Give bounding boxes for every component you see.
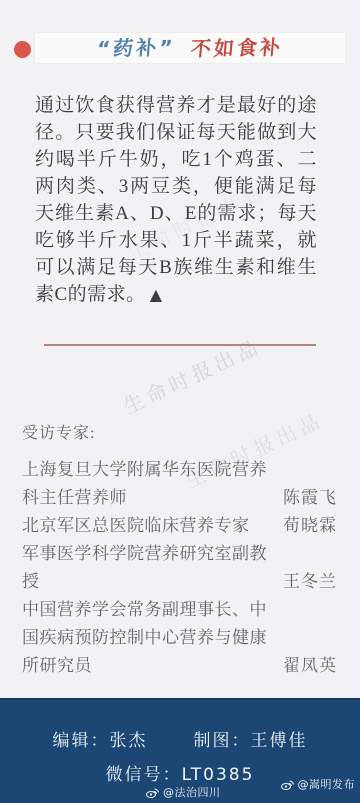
weibo-handle-right: @嵩明发布 xyxy=(281,776,356,792)
credits-row: 编辑：张杰 制图：王傅佳 xyxy=(0,726,360,751)
section-title-bar: “药补” 不如食补 xyxy=(35,33,345,63)
designer-label: 制图： xyxy=(194,731,251,751)
expert-title: 中国营养学会常务副理事长、中国疾病预防控制中心营养与健康所研究员 xyxy=(22,596,278,680)
weibo-handle-right-text: @嵩明发布 xyxy=(298,776,356,792)
expert-title: 军事医学科学院营养研究室副教授 xyxy=(22,540,278,596)
close-quote: ” xyxy=(158,35,176,59)
designer-credit: 制图：王傅佳 xyxy=(194,726,308,751)
experts-heading: 受访专家: xyxy=(22,420,337,443)
weibo-icon xyxy=(281,779,294,790)
title-quoted-text: 药补 xyxy=(112,36,160,61)
weibo-handle-left: @法治四川 xyxy=(146,784,221,800)
paragraph-text: 通过饮食获得营养才是最好的途径。只要我们保证每天能做到大约喝半斤牛奶，吃1个鸡蛋… xyxy=(35,95,317,305)
expert-row: 军事医学科学院营养研究室副教授 王冬兰 xyxy=(22,540,337,596)
designer-name: 王傅佳 xyxy=(251,731,308,751)
expert-title: 北京军区总医院临床营养专家 xyxy=(22,512,278,540)
weibo-handle-left-text: @法治四川 xyxy=(163,784,221,800)
experts-section: 受访专家: 上海复旦大学附属华东医院营养科主任营养师 陈霞飞 北京军区总医院临床… xyxy=(22,420,337,680)
editor-credit: 编辑：张杰 xyxy=(53,726,148,751)
wechat-id: LT0385 xyxy=(182,765,255,785)
red-dot-bullet-icon xyxy=(14,41,31,58)
title-rest-text: 不如食补 xyxy=(190,32,285,64)
expert-name: 王冬兰 xyxy=(278,568,337,596)
editor-label: 编辑： xyxy=(53,731,110,751)
infographic-page: 生命时报出品 生命时报出品 生命时报出品 “药补” 不如食补 通过饮食获得营养才… xyxy=(0,0,360,803)
expert-row: 北京军区总医院临床营养专家 荀晓霖 xyxy=(22,512,337,540)
wechat-label: 微信号： xyxy=(106,765,182,785)
editor-name: 张杰 xyxy=(110,731,148,751)
footer-band: 编辑：张杰 制图：王傅佳 微信号：LT0385 @法治四川 @嵩明发布 xyxy=(0,698,360,803)
article-end-triangle-icon: ▲ xyxy=(150,285,163,304)
expert-name: 陈霞飞 xyxy=(278,484,337,512)
weibo-icon xyxy=(146,787,159,798)
title-quoted-term: “药补” xyxy=(95,32,176,63)
expert-name: 荀晓霖 xyxy=(278,512,337,540)
expert-name: 翟凤英 xyxy=(278,652,337,680)
section-divider-line xyxy=(44,344,316,346)
article-paragraph: 通过饮食获得营养才是最好的途径。只要我们保证每天能做到大约喝半斤牛奶，吃1个鸡蛋… xyxy=(35,92,317,308)
expert-row: 上海复旦大学附属华东医院营养科主任营养师 陈霞飞 xyxy=(22,456,337,512)
expert-title: 上海复旦大学附属华东医院营养科主任营养师 xyxy=(22,456,278,512)
expert-row: 中国营养学会常务副理事长、中国疾病预防控制中心营养与健康所研究员 翟凤英 xyxy=(22,596,337,680)
